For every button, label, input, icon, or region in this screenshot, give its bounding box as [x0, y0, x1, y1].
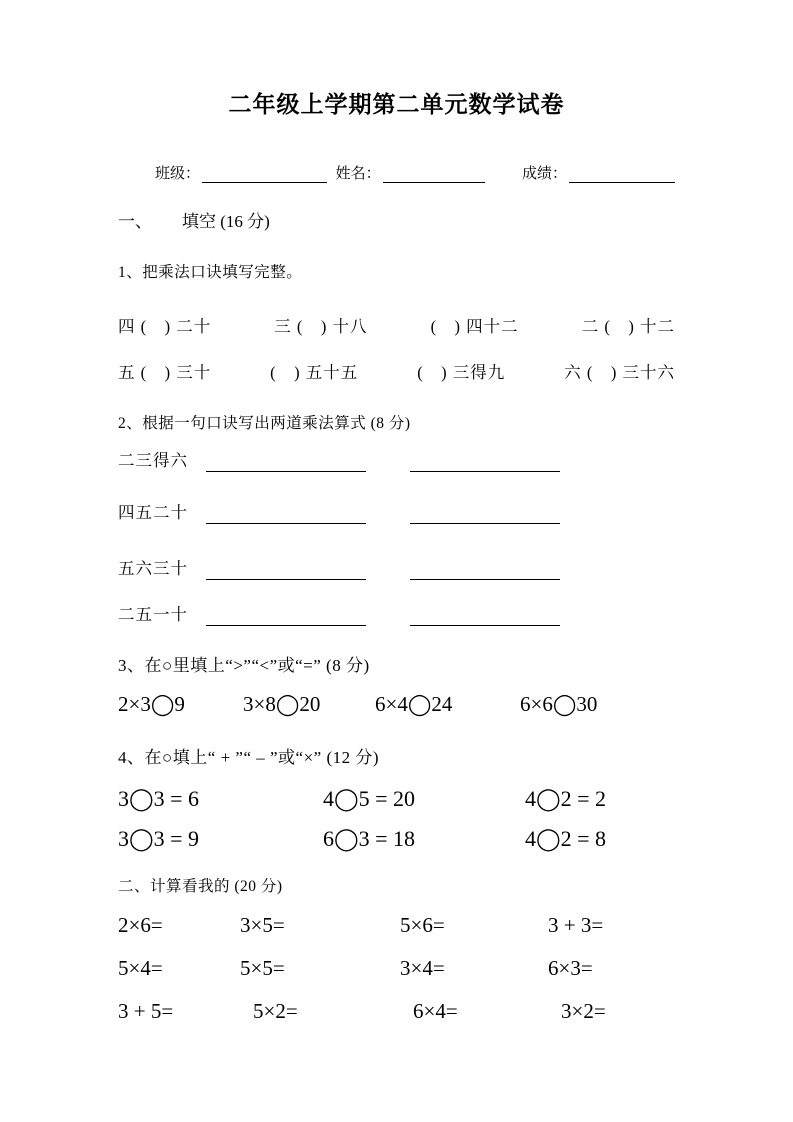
rhyme-fill-row-2: 五 ( ) 三十 ( ) 五十五 ( ) 三得九 六 ( ) 三十六 [118, 361, 675, 385]
calc-item: 3×5= [240, 911, 400, 940]
name-blank-line [383, 178, 485, 183]
score-label: 成绩： [522, 164, 567, 184]
part1-title: 填空 (16 分) [182, 212, 270, 231]
calc-item: 3 + 5= [118, 997, 240, 1026]
compare-item: 6×6◯30 [520, 690, 675, 718]
calc-item: 5×2= [240, 997, 400, 1026]
answer-blank-line [410, 615, 560, 626]
score-field: 成绩： [522, 164, 675, 184]
class-field: 班级： [155, 164, 336, 184]
rhyme-fill-item: ( ) 三得九 [417, 361, 505, 385]
answer-blank-line [410, 569, 560, 580]
equation-item: 4◯5 = 20 [323, 784, 525, 814]
question-4-label: 4、在○填上“ + ”“ – ”或“×” (12 分) [118, 746, 675, 770]
calc-item: 3×2= [548, 997, 675, 1026]
rhyme-fill-item: 二 ( ) 十二 [582, 315, 675, 339]
equation-item: 4◯2 = 8 [525, 824, 675, 854]
answer-blank-line [206, 569, 366, 580]
question-2-label: 2、根据一句口诀写出两道乘法算式 (8 分) [118, 413, 675, 434]
equation-item: 4◯2 = 2 [525, 784, 675, 814]
answer-blank-line [410, 461, 560, 472]
question-3-label: 3、在○里填上“>”“<”或“=” (8 分) [118, 654, 675, 678]
calc-item: 5×6= [400, 911, 548, 940]
rhyme-answer-row-3: 五六三十 [118, 558, 675, 580]
rhyme-fill-row-1: 四 ( ) 二十 三 ( ) 十八 ( ) 四十二 二 ( ) 十二 [118, 315, 675, 339]
calc-item: 3×4= [400, 954, 548, 983]
compare-item: 3×8◯20 [243, 690, 375, 718]
rhyme-fill-item: 四 ( ) 二十 [118, 315, 211, 339]
part1-heading: 一、填空 (16 分) [118, 210, 675, 234]
operator-row-2: 3◯3 = 9 6◯3 = 18 4◯2 = 8 [118, 824, 675, 854]
part2-heading: 二、计算看我的 (20 分) [118, 876, 675, 897]
rhyme-fill-item: 六 ( ) 三十六 [564, 361, 675, 385]
calc-row-2: 5×4= 5×5= 3×4= 6×3= [118, 954, 675, 983]
answer-blank-line [410, 513, 560, 524]
calc-item: 3 + 3= [548, 911, 675, 940]
rhyme-fill-item: ( ) 五十五 [270, 361, 358, 385]
score-blank-line [569, 178, 675, 183]
rhyme-fill-item: 三 ( ) 十八 [274, 315, 367, 339]
rhyme-text: 五六三十 [118, 558, 206, 580]
part1-number: 一、 [118, 212, 152, 231]
answer-blank-line [206, 513, 366, 524]
equation-item: 6◯3 = 18 [323, 824, 525, 854]
student-info-row: 班级： 姓名： 成绩： [118, 164, 675, 184]
calc-item: 6×3= [548, 954, 675, 983]
page-title: 二年级上学期第二单元数学试卷 [118, 88, 675, 120]
calc-row-1: 2×6= 3×5= 5×6= 3 + 3= [118, 911, 675, 940]
rhyme-answer-row-4: 二五一十 [118, 604, 675, 626]
rhyme-text: 二三得六 [118, 450, 206, 472]
question-1-label: 1、把乘法口诀填写完整。 [118, 262, 675, 283]
calc-row-3: 3 + 5= 5×2= 6×4= 3×2= [118, 997, 675, 1026]
operator-row-1: 3◯3 = 6 4◯5 = 20 4◯2 = 2 [118, 784, 675, 814]
compare-item: 2×3◯9 [118, 690, 243, 718]
calc-item: 6×4= [400, 997, 548, 1026]
rhyme-fill-item: 五 ( ) 三十 [118, 361, 211, 385]
class-label: 班级： [155, 164, 200, 184]
compare-row: 2×3◯9 3×8◯20 6×4◯24 6×6◯30 [118, 690, 675, 718]
calc-item: 5×5= [240, 954, 400, 983]
answer-blank-line [206, 461, 366, 472]
rhyme-fill-item: ( ) 四十二 [431, 315, 519, 339]
rhyme-text: 四五二十 [118, 502, 206, 524]
name-field: 姓名： [336, 164, 522, 184]
name-label: 姓名： [336, 164, 381, 184]
class-blank-line [202, 178, 327, 183]
rhyme-text: 二五一十 [118, 604, 206, 626]
rhyme-answer-row-1: 二三得六 [118, 450, 675, 472]
equation-item: 3◯3 = 9 [118, 824, 323, 854]
compare-item: 6×4◯24 [375, 690, 520, 718]
equation-item: 3◯3 = 6 [118, 784, 323, 814]
calc-item: 2×6= [118, 911, 240, 940]
calc-item: 5×4= [118, 954, 240, 983]
answer-blank-line [206, 615, 366, 626]
rhyme-answer-row-2: 四五二十 [118, 502, 675, 524]
test-paper-page: 二年级上学期第二单元数学试卷 班级： 姓名： 成绩： 一、填空 (16 分) 1… [0, 0, 793, 1122]
